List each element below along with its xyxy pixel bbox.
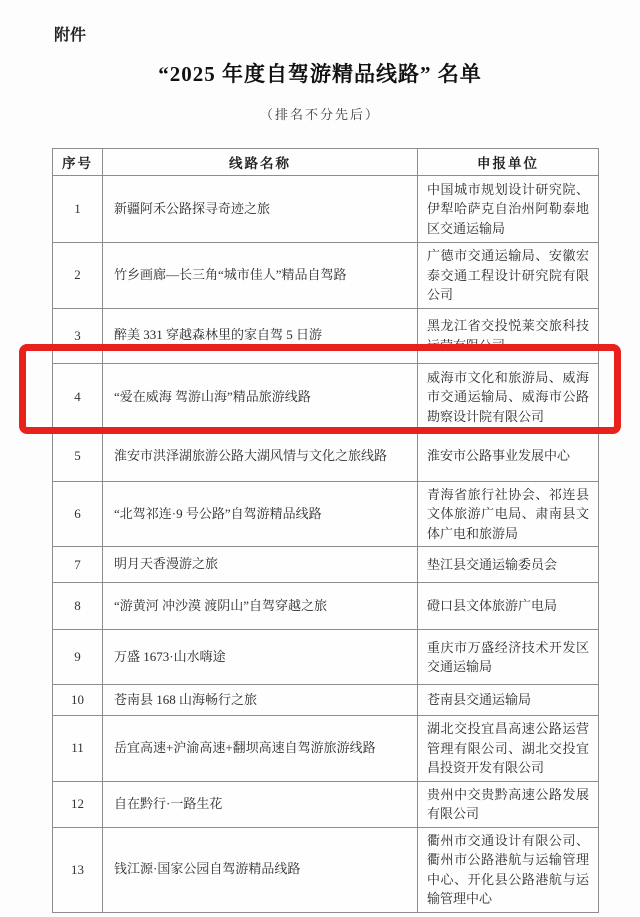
table-row: 3醉美 331 穿越森林里的家自驾 5 日游黑龙江省交投悦莱交旅科技运营有限公司 — [53, 308, 599, 363]
route-name-cell: 自在黔行·一路生花 — [103, 781, 418, 827]
route-name-cell: 竹乡画廊—长三角“城市佳人”精品自驾路 — [103, 243, 418, 309]
route-name-cell: 明月天香漫游之旅 — [103, 547, 418, 583]
reporting-unit-cell: 磴口县文体旅游广电局 — [418, 583, 599, 630]
reporting-unit-cell: 湖北交投宜昌高速公路运营管理有限公司、湖北交投宜昌投资开发有限公司 — [418, 716, 599, 782]
table-row: 9万盛 1673·山水嗨途重庆市万盛经济技术开发区交通运输局 — [53, 630, 599, 685]
table-row: 2竹乡画廊—长三角“城市佳人”精品自驾路广德市交通运输局、安徽宏泰交通工程设计研… — [53, 243, 599, 309]
table-row: 6“北驾祁连·9 号公路”自驾游精品线路青海省旅行社协会、祁连县文体旅游广电局、… — [53, 481, 599, 547]
row-number-cell: 13 — [53, 827, 103, 912]
reporting-unit-cell: 淮安市公路事业发展中心 — [418, 431, 599, 481]
row-number-cell: 4 — [53, 363, 103, 431]
table-row: 11岳宜高速+沪渝高速+翻坝高速自驾游旅游线路湖北交投宜昌高速公路运营管理有限公… — [53, 716, 599, 782]
row-number-cell: 10 — [53, 685, 103, 716]
row-number-cell: 8 — [53, 583, 103, 630]
table-row: 1新疆阿禾公路探寻奇迹之旅中国城市规划设计研究院、伊犁哈萨克自治州阿勒泰地区交通… — [53, 176, 599, 243]
reporting-unit-cell: 苍南县交通运输局 — [418, 685, 599, 716]
route-name-cell: “爱在威海 驾游山海”精品旅游线路 — [103, 363, 418, 431]
document-page: 附件 “2025 年度自驾游精品线路” 名单 （排名不分先后） 序号 线路名称 … — [0, 0, 640, 917]
route-name-cell: 钱江源·国家公园自驾游精品线路 — [103, 827, 418, 912]
route-name-cell: 醉美 331 穿越森林里的家自驾 5 日游 — [103, 308, 418, 363]
route-name-cell: “游黄河 冲沙漠 渡阴山”自驾穿越之旅 — [103, 583, 418, 630]
row-number-cell: 11 — [53, 716, 103, 782]
route-name-cell: 苍南县 168 山海畅行之旅 — [103, 685, 418, 716]
row-number-cell: 7 — [53, 547, 103, 583]
routes-table-body: 1新疆阿禾公路探寻奇迹之旅中国城市规划设计研究院、伊犁哈萨克自治州阿勒泰地区交通… — [53, 176, 599, 913]
row-number-cell: 2 — [53, 243, 103, 309]
column-header-reporting-unit: 申报单位 — [418, 149, 599, 176]
reporting-unit-cell: 广德市交通运输局、安徽宏泰交通工程设计研究院有限公司 — [418, 243, 599, 309]
reporting-unit-cell: 重庆市万盛经济技术开发区交通运输局 — [418, 630, 599, 685]
reporting-unit-cell: 青海省旅行社协会、祁连县文体旅游广电局、肃南县文体广电和旅游局 — [418, 481, 599, 547]
table-row: 4“爱在威海 驾游山海”精品旅游线路威海市文化和旅游局、威海市交通运输局、威海市… — [53, 363, 599, 431]
route-name-cell: 新疆阿禾公路探寻奇迹之旅 — [103, 176, 418, 243]
page-title: “2025 年度自驾游精品线路” 名单 — [0, 58, 640, 88]
table-row: 10苍南县 168 山海畅行之旅苍南县交通运输局 — [53, 685, 599, 716]
row-number-cell: 12 — [53, 781, 103, 827]
route-name-cell: “北驾祁连·9 号公路”自驾游精品线路 — [103, 481, 418, 547]
reporting-unit-cell: 贵州中交贵黔高速公路发展有限公司 — [418, 781, 599, 827]
column-header-route-name: 线路名称 — [103, 149, 418, 176]
page-subtitle: （排名不分先后） — [0, 104, 640, 123]
table-row: 13钱江源·国家公园自驾游精品线路衢州市交通设计有限公司、衢州市公路港航与运输管… — [53, 827, 599, 912]
reporting-unit-cell: 垫江县交通运输委员会 — [418, 547, 599, 583]
row-number-cell: 9 — [53, 630, 103, 685]
table-row: 5淮安市洪泽湖旅游公路大湖风情与文化之旅线路淮安市公路事业发展中心 — [53, 431, 599, 481]
table-row: 12自在黔行·一路生花贵州中交贵黔高速公路发展有限公司 — [53, 781, 599, 827]
route-name-cell: 淮安市洪泽湖旅游公路大湖风情与文化之旅线路 — [103, 431, 418, 481]
route-name-cell: 万盛 1673·山水嗨途 — [103, 630, 418, 685]
reporting-unit-cell: 衢州市交通设计有限公司、衢州市公路港航与运输管理中心、开化县公路港航与运输管理中… — [418, 827, 599, 912]
column-header-number: 序号 — [53, 149, 103, 176]
row-number-cell: 3 — [53, 308, 103, 363]
row-number-cell: 5 — [53, 431, 103, 481]
reporting-unit-cell: 黑龙江省交投悦莱交旅科技运营有限公司 — [418, 308, 599, 363]
table-header-row: 序号 线路名称 申报单位 — [53, 149, 599, 176]
routes-table: 序号 线路名称 申报单位 1新疆阿禾公路探寻奇迹之旅中国城市规划设计研究院、伊犁… — [52, 148, 599, 913]
row-number-cell: 1 — [53, 176, 103, 243]
row-number-cell: 6 — [53, 481, 103, 547]
reporting-unit-cell: 中国城市规划设计研究院、伊犁哈萨克自治州阿勒泰地区交通运输局 — [418, 176, 599, 243]
attachment-label: 附件 — [54, 22, 86, 45]
route-name-cell: 岳宜高速+沪渝高速+翻坝高速自驾游旅游线路 — [103, 716, 418, 782]
reporting-unit-cell: 威海市文化和旅游局、威海市交通运输局、威海市公路勘察设计院有限公司 — [418, 363, 599, 431]
table-row: 7明月天香漫游之旅垫江县交通运输委员会 — [53, 547, 599, 583]
table-row: 8“游黄河 冲沙漠 渡阴山”自驾穿越之旅磴口县文体旅游广电局 — [53, 583, 599, 630]
